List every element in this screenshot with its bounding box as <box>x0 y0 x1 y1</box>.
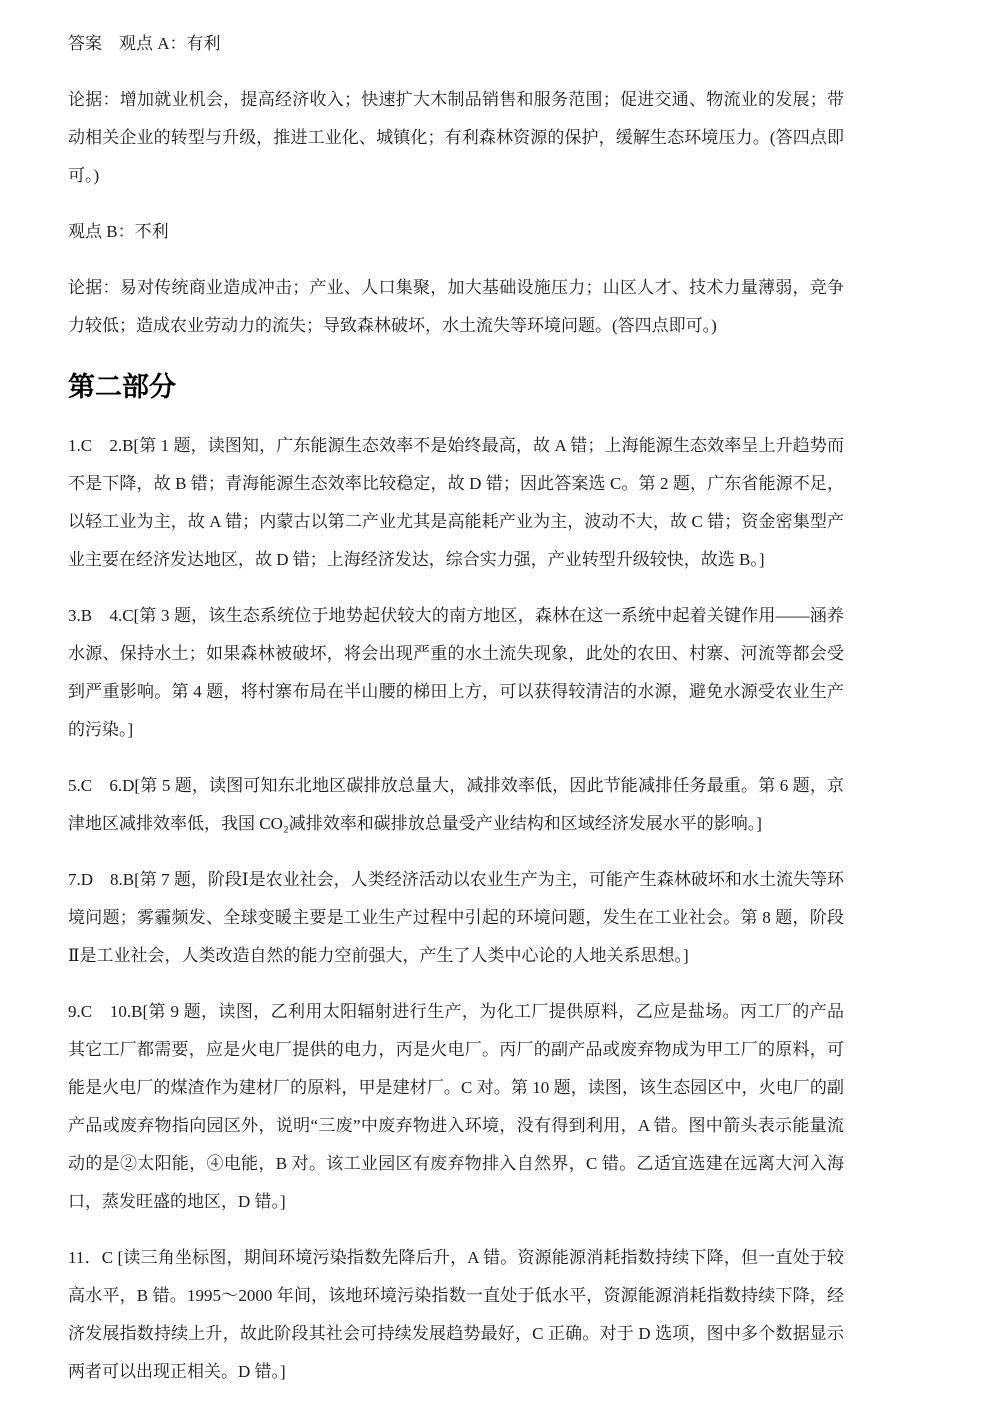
answer-viewpoint-a-line: 答案 观点 A：有利 <box>68 25 844 63</box>
answer-item-q5-q6: 5.C 6.D[第 5 题，读图可知东北地区碳排放总量大，减排效率低，因此节能减… <box>68 767 844 843</box>
viewpoint-b-arguments-paragraph: 论据：易对传统商业造成冲击；产业、人口集聚，加大基础设施压力；山区人才、技术力量… <box>68 269 844 345</box>
answer-item-q1-q2: 1.C 2.B[第 1 题，读图知，广东能源生态效率不是始终最高，故 A 错；上… <box>68 427 844 579</box>
answer-item-q3-q4: 3.B 4.C[第 3 题，该生态系统位于地势起伏较大的南方地区，森林在这一系统… <box>68 597 844 749</box>
viewpoint-a-arguments-paragraph: 论据：增加就业机会，提高经济收入；快速扩大木制品销售和服务范围；促进交通、物流业… <box>68 81 844 195</box>
part2-heading: 第二部分 <box>68 367 844 407</box>
document-page: 答案 观点 A：有利 论据：增加就业机会，提高经济收入；快速扩大木制品销售和服务… <box>0 0 992 1403</box>
viewpoint-b-line: 观点 B：不利 <box>68 213 844 251</box>
answer-item-q9-q10: 9.C 10.B[第 9 题，读图，乙利用太阳辐射进行生产，为化工厂提供原料，乙… <box>68 993 844 1221</box>
answer-item-q7-q8: 7.D 8.B[第 7 题，阶段Ⅰ是农业社会，人类经济活动以农业生产为主，可能产… <box>68 861 844 975</box>
answer-item-q11: 11．C [读三角坐标图，期间环境污染指数先降后升，A 错。资源能源消耗指数持续… <box>68 1239 844 1391</box>
